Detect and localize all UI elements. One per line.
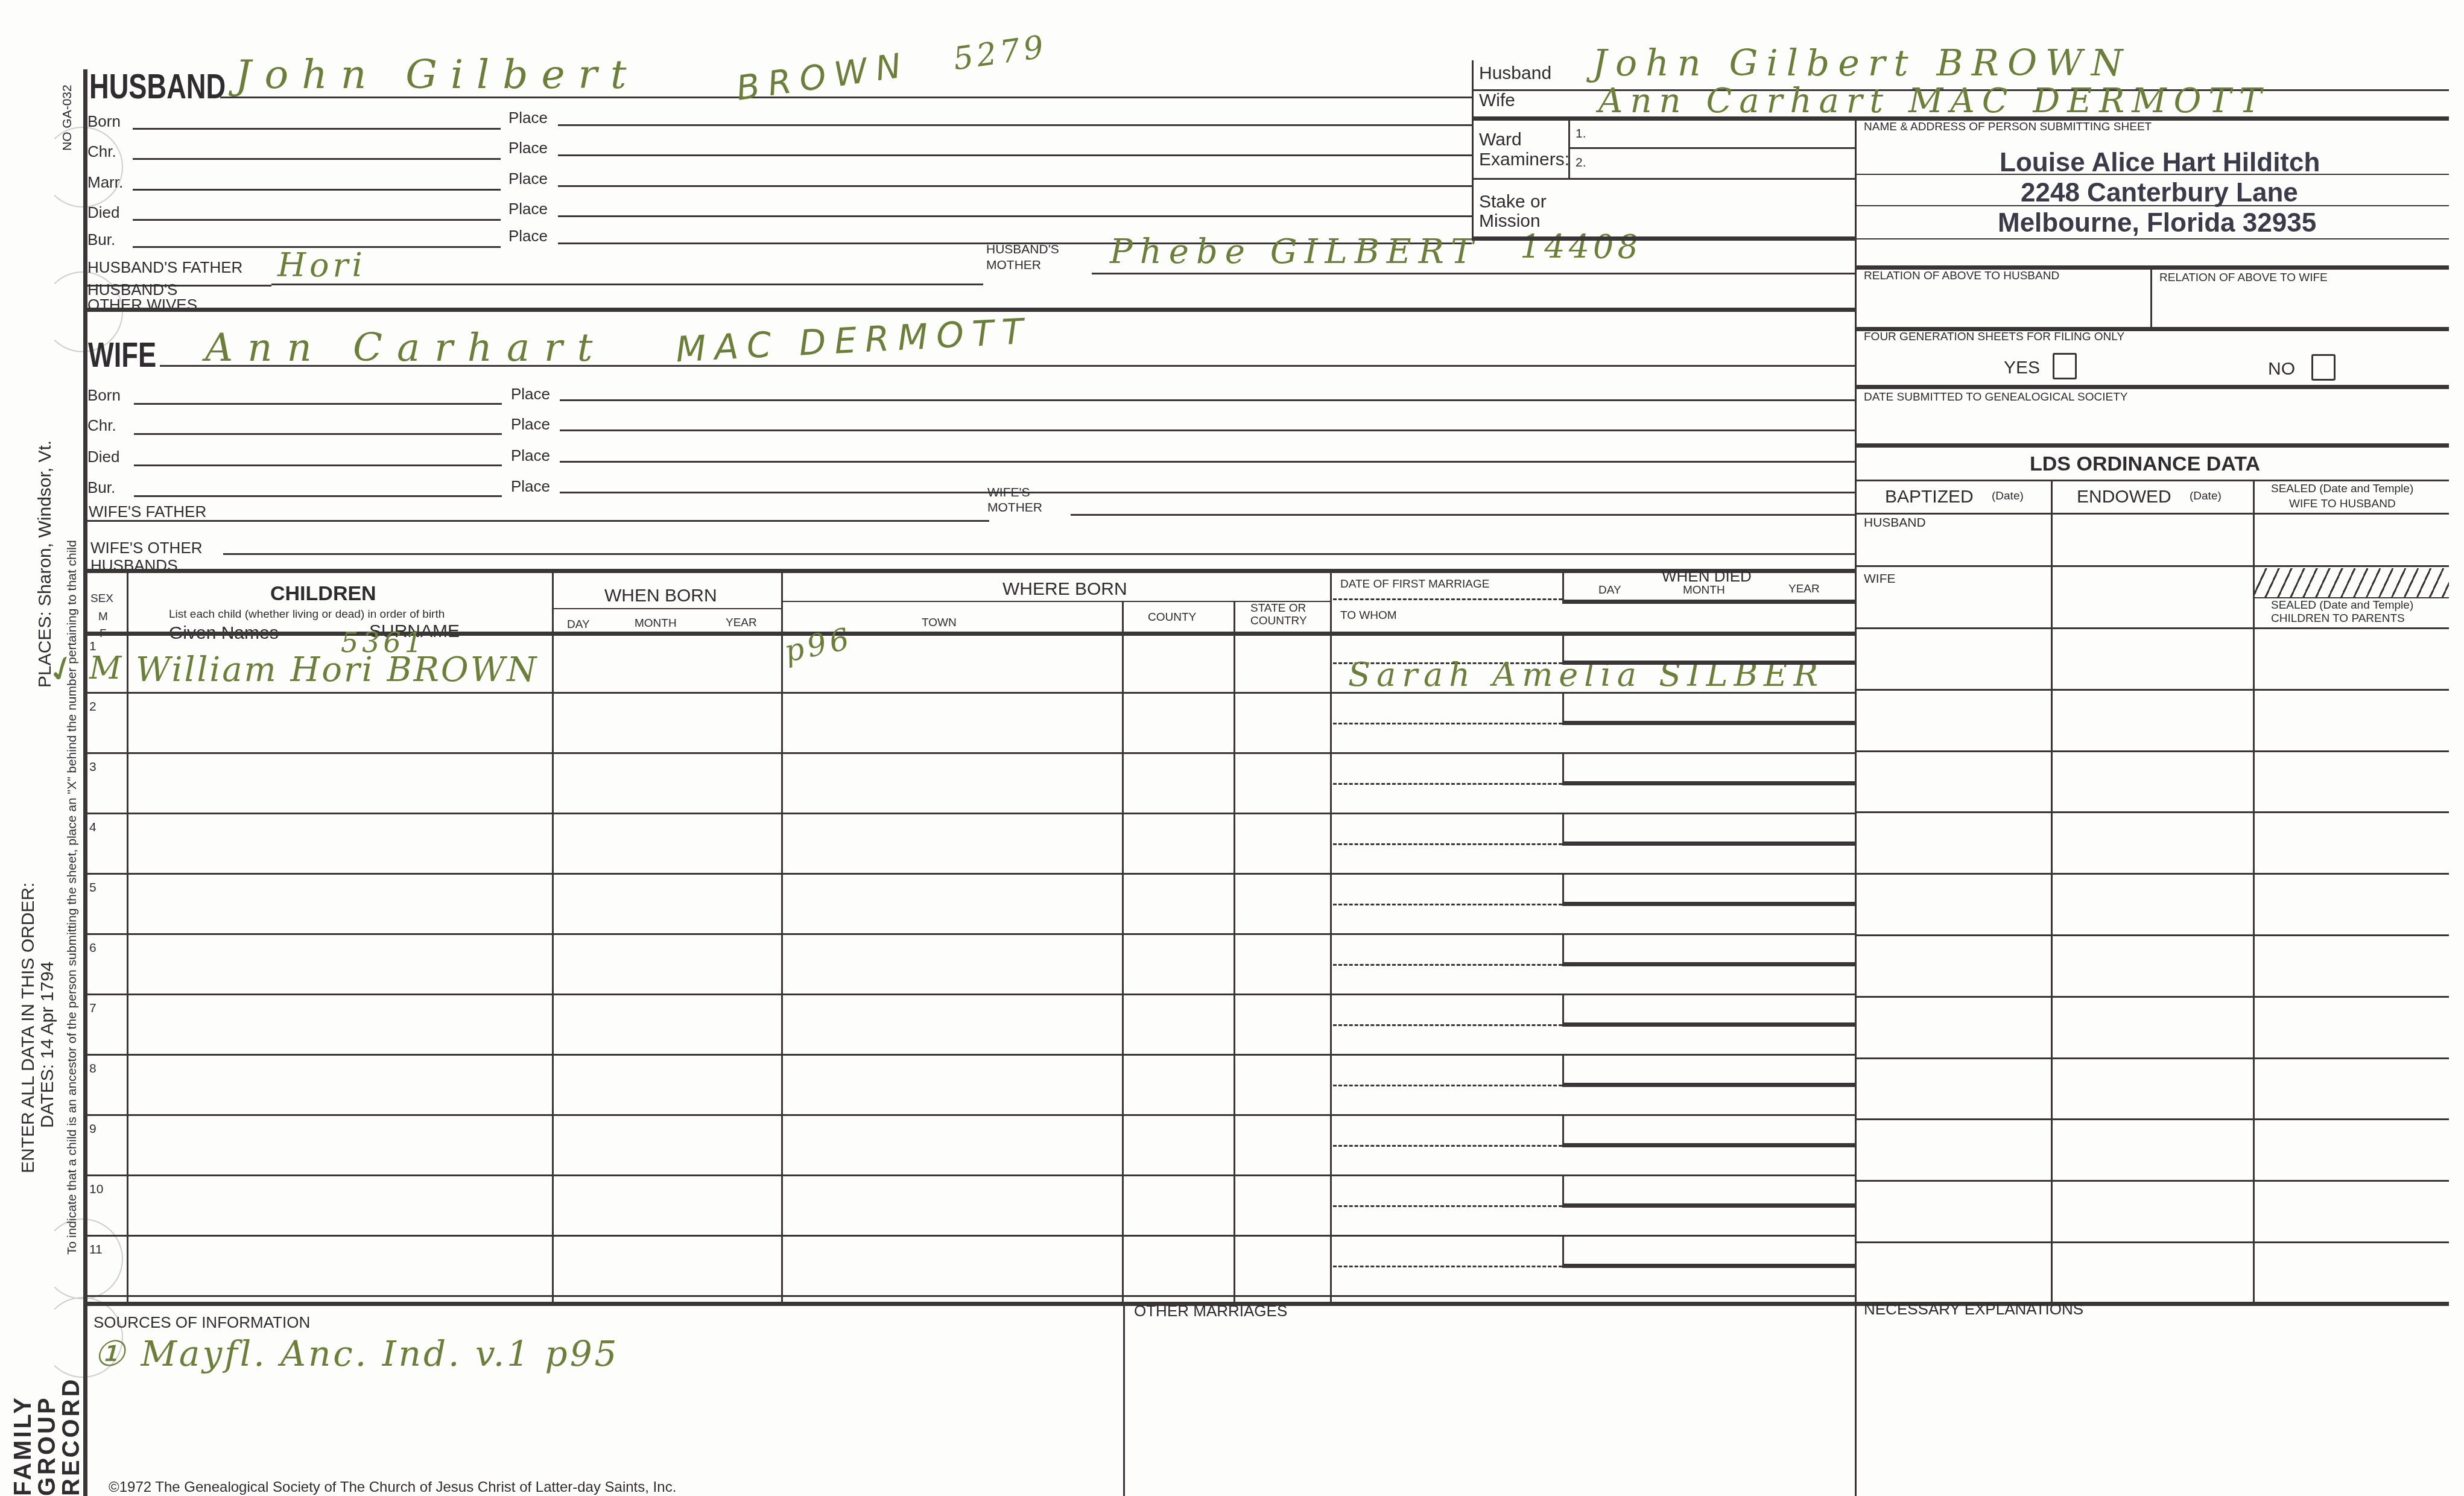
husband-mother-label-1: HUSBAND'S	[986, 242, 1059, 257]
child-endowed-field[interactable]	[2054, 1121, 2250, 1177]
child-died-date[interactable]	[1565, 816, 1852, 840]
child-died-date[interactable]	[1565, 635, 1852, 659]
child-sealed-field[interactable]	[2256, 753, 2446, 809]
child-died-date[interactable]	[1565, 695, 1852, 719]
wife-event-place-field[interactable]	[561, 468, 1852, 490]
born-year-label: YEAR	[726, 616, 757, 630]
child-endowed-field[interactable]	[2054, 692, 2250, 747]
child-county[interactable]	[1125, 817, 1230, 872]
examiner-2-number: 2.	[1576, 156, 1586, 170]
husband-father-value[interactable]: Hori	[277, 246, 366, 284]
child-baptized-field[interactable]	[1858, 1244, 2048, 1300]
child-county[interactable]	[1125, 756, 1230, 812]
col-sex	[127, 569, 128, 1302]
child-county[interactable]	[1125, 998, 1230, 1053]
when-died-header-bottom	[1562, 600, 1855, 604]
ordinance-title: LDS ORDINANCE DATA	[2030, 452, 2260, 476]
child-state[interactable]	[1237, 756, 1327, 812]
right-panel-left-border	[1855, 118, 1857, 1496]
wife-father-label: WIFE'S FATHER	[89, 502, 206, 521]
child-died-divider	[1562, 873, 1564, 904]
child-born-month[interactable]	[627, 756, 706, 812]
child-born-day[interactable]	[554, 756, 626, 812]
husband-event-place-label: Place	[508, 139, 548, 157]
husband-event-date-field[interactable]	[134, 104, 499, 127]
examiner-divider	[1568, 147, 1855, 149]
summary-box-left-border	[1472, 60, 1474, 238]
copyright: ©1972 The Genealogical Society of The Ch…	[109, 1479, 676, 1496]
sealed-wife-label-2: WIFE TO HUSBAND	[2289, 498, 2396, 511]
child-county[interactable]	[1125, 1239, 1230, 1295]
wife-event-place-field[interactable]	[561, 375, 1852, 398]
summary-husband-label: Husband	[1479, 63, 1551, 84]
child-born-year[interactable]	[707, 1179, 779, 1234]
child-born-month[interactable]	[627, 937, 706, 993]
no-label: NO	[2268, 359, 2295, 379]
child-born-year[interactable]	[707, 937, 779, 993]
child-born-month[interactable]	[627, 1179, 706, 1234]
child-born-year[interactable]	[707, 1239, 779, 1295]
child-sealed-field[interactable]	[2256, 876, 2446, 931]
date-submitted-bottom	[1855, 443, 2449, 448]
ward-label-1: Ward	[1479, 130, 1522, 150]
wife-event-place-field[interactable]	[561, 437, 1852, 460]
wife-event-date-line	[134, 403, 502, 405]
when-born-label: WHEN BORN	[604, 586, 717, 606]
child-born-month[interactable]	[627, 636, 706, 691]
child-born-month[interactable]	[627, 1239, 706, 1295]
child-died-line	[1562, 1083, 1855, 1087]
wife-event-label: Bur.	[87, 478, 115, 497]
ward-bottom-line	[1472, 178, 1855, 180]
child-row-number: 6	[89, 941, 97, 956]
child-row-number: 4	[89, 820, 97, 835]
husband-event-place-line	[558, 215, 1472, 217]
husband-event-place-label: Place	[508, 170, 548, 188]
ordinance-row-bottom	[1855, 1057, 2449, 1059]
child-endowed-field[interactable]	[2054, 630, 2250, 686]
no-checkbox[interactable]	[2311, 354, 2336, 381]
child-sealed-field[interactable]	[2256, 1183, 2446, 1238]
summary-husband-value[interactable]: John Gilbert BROWN	[1592, 42, 2131, 84]
child-baptized-field[interactable]	[1858, 753, 2048, 809]
child-row-number: 8	[89, 1062, 97, 1076]
other-marriages-field[interactable]	[1131, 1327, 1849, 1490]
child-marriage-dash	[1333, 1085, 1562, 1086]
relation-wife-field[interactable]	[2156, 287, 2446, 323]
col-where-born	[1330, 569, 1332, 1302]
submitter-street[interactable]: 2248 Canterbury Lane	[2021, 178, 2298, 208]
husband-event-date-field[interactable]	[134, 165, 499, 188]
child-died-date[interactable]	[1565, 755, 1852, 779]
child-state[interactable]	[1237, 877, 1327, 933]
child-row-number: 11	[89, 1243, 103, 1257]
child-endowed-field[interactable]	[2054, 1183, 2250, 1238]
child-row-bottom	[84, 1114, 1855, 1116]
child-baptized-field[interactable]	[1858, 1121, 2048, 1177]
submitter-rule-2	[1855, 205, 2449, 206]
child-died-divider	[1562, 934, 1564, 964]
form-side-title: FAMILY GROUP RECORD	[11, 1377, 83, 1496]
child-state[interactable]	[1237, 1239, 1327, 1295]
stake-field[interactable]	[1568, 184, 1852, 232]
wife-event-date-field[interactable]	[135, 409, 500, 432]
child-county[interactable]	[1125, 696, 1230, 752]
four-gen-bottom	[1855, 385, 2449, 389]
died-year-label: YEAR	[1788, 583, 1820, 596]
child-died-divider	[1562, 994, 1564, 1024]
child-endowed-field[interactable]	[2054, 814, 2250, 870]
child-died-date[interactable]	[1565, 1117, 1852, 1141]
wife-other-husbands-line	[223, 553, 1855, 555]
child-born-day[interactable]	[554, 1239, 626, 1295]
child-died-line	[1562, 1143, 1855, 1147]
ordinance-title-bottom	[1855, 480, 2449, 481]
husband-mother-line	[1092, 273, 1855, 274]
sources-label: SOURCES OF INFORMATION	[93, 1313, 310, 1332]
child-row-number: 9	[89, 1122, 97, 1136]
state-label-1: STATE OR	[1250, 602, 1306, 615]
child-sealed-field[interactable]	[2256, 937, 2446, 993]
state-label-2: COUNTRY	[1250, 615, 1307, 628]
punch-hole	[42, 1219, 123, 1299]
child-sealed-field[interactable]	[2256, 1121, 2446, 1177]
husband-event-label: Marr.	[87, 173, 123, 192]
ordinance-row-bottom	[1855, 873, 2449, 875]
husband-mother-label-2: MOTHER	[986, 258, 1041, 273]
child-born-month[interactable]	[627, 1118, 706, 1174]
ordinance-row-bottom	[1855, 1180, 2449, 1182]
children-note: List each child (whether living or dead)…	[169, 608, 445, 621]
born-month-label: MONTH	[635, 617, 677, 630]
husband-heading: HUSBAND	[89, 66, 226, 107]
sources-value[interactable]: ① Mayfl. Anc. Ind. v.1 p95	[93, 1333, 619, 1374]
child-baptized-field[interactable]	[1858, 814, 2048, 870]
born-day-label: DAY	[567, 618, 590, 632]
wife-event-place-label: Place	[511, 446, 550, 465]
child-state[interactable]	[1237, 696, 1327, 752]
child-county[interactable]	[1125, 1118, 1230, 1174]
wife-event-date-line	[134, 495, 502, 497]
yes-checkbox[interactable]	[2053, 353, 2077, 379]
wife-section-bottom	[84, 569, 1855, 573]
child-marriage-dash	[1333, 723, 1562, 724]
child-row-bottom	[84, 873, 1855, 875]
child-marriage-dash	[1333, 843, 1562, 845]
wife-surname[interactable]: MAC DERMOTT	[675, 311, 1033, 370]
husband-event-date-field[interactable]	[134, 195, 499, 218]
wife-event-place-line	[560, 429, 1855, 431]
wife-event-place-line	[560, 492, 1855, 493]
husband-event-place-line	[558, 154, 1472, 156]
child-born-day[interactable]	[554, 877, 626, 933]
child-endowed-field[interactable]	[2054, 999, 2250, 1054]
child-born-year[interactable]	[707, 756, 779, 812]
husband-event-place-field[interactable]	[561, 100, 1466, 123]
child-died-divider	[1562, 632, 1564, 662]
child-born-year[interactable]	[707, 1118, 779, 1174]
child-died-line	[1562, 842, 1855, 846]
husband-event-label: Died	[87, 203, 119, 222]
child-born-day[interactable]	[554, 636, 626, 691]
child-died-line	[1562, 902, 1855, 906]
child-born-year[interactable]	[707, 817, 779, 872]
child-state[interactable]	[1237, 1058, 1327, 1114]
sealed-children-label-1: SEALED (Date and Temple)	[2271, 599, 2413, 612]
sex-m-label: M	[98, 610, 108, 624]
child-state[interactable]	[1237, 937, 1327, 993]
child-endowed-field[interactable]	[2054, 1060, 2250, 1116]
col-when-born	[781, 569, 783, 1302]
child-sealed-field[interactable]	[2256, 1060, 2446, 1116]
col-town	[1122, 601, 1124, 1302]
child-died-divider	[1562, 1235, 1564, 1266]
wife-given-names[interactable]: Ann Carhart	[205, 326, 607, 370]
child-county[interactable]	[1125, 1058, 1230, 1114]
child-died-date[interactable]	[1565, 1057, 1852, 1081]
child-born-day[interactable]	[554, 937, 626, 993]
child-died-date[interactable]	[1565, 876, 1852, 900]
ordinance-row-bottom	[1855, 811, 2449, 813]
examiner-1-number: 1.	[1576, 127, 1586, 141]
ordinance-row-bottom	[1855, 1118, 2449, 1120]
child-born-day[interactable]	[554, 1058, 626, 1114]
child-state[interactable]	[1237, 817, 1327, 872]
when-born-sub-line	[552, 608, 781, 609]
child-died-date[interactable]	[1565, 1238, 1852, 1262]
explanations-field[interactable]	[1861, 1327, 2446, 1490]
wife-event-date-field[interactable]	[135, 471, 500, 494]
husband-event-date-field[interactable]	[134, 134, 499, 157]
child-endowed-field[interactable]	[2054, 937, 2250, 993]
child-row-bottom	[84, 933, 1855, 935]
husband-event-date-line	[133, 219, 501, 221]
summary-box-bottom	[1472, 236, 1855, 241]
child-died-divider	[1562, 753, 1564, 783]
child-sealed-field[interactable]	[2256, 814, 2446, 870]
form-number: NO GA-032	[60, 84, 75, 151]
husband-event-label: Bur.	[87, 230, 115, 249]
child-sealed-field[interactable]	[2256, 1244, 2446, 1300]
punch-hole	[42, 127, 123, 208]
wife-heading: WIFE	[88, 335, 156, 375]
hatch-bottom	[2253, 597, 2449, 598]
husband-event-place-label: Place	[508, 200, 548, 218]
child-born-year[interactable]	[707, 696, 779, 752]
child-baptized-field[interactable]	[1858, 1183, 2048, 1238]
stake-label-2: Mission	[1479, 211, 1541, 232]
child-endowed-field[interactable]	[2054, 1244, 2250, 1300]
wife-event-place-label: Place	[511, 477, 550, 496]
child-state[interactable]	[1237, 1118, 1327, 1174]
child-died-divider	[1562, 1175, 1564, 1205]
child-marriage-dash	[1333, 964, 1562, 966]
sex-label: SEX	[90, 592, 113, 606]
submitter-label: NAME & ADDRESS OF PERSON SUBMITTING SHEE…	[1864, 121, 2152, 134]
child-born-year[interactable]	[707, 1058, 779, 1114]
wife-event-date-field[interactable]	[135, 379, 500, 402]
husband-given-names[interactable]: John Gilbert	[235, 51, 640, 98]
husband-id-number: 5279	[951, 28, 1050, 77]
stake-label-1: Stake or	[1479, 192, 1547, 212]
relation-husband-field[interactable]	[1861, 287, 2144, 323]
husband-event-place-label: Place	[508, 109, 548, 127]
submitter-rule-3	[1855, 238, 2449, 239]
four-gen-label: FOUR GENERATION SHEETS FOR FILING ONLY	[1864, 331, 2124, 344]
child-born-month[interactable]	[627, 998, 706, 1053]
husband-event-date-field[interactable]	[134, 222, 499, 245]
wife-event-date-field[interactable]	[135, 440, 500, 463]
child-county[interactable]	[1125, 877, 1230, 933]
ordinance-header-bottom	[1855, 513, 2449, 515]
col-county	[1234, 601, 1235, 1302]
child-row-number: 7	[89, 1001, 97, 1016]
child-name[interactable]: William Hori BROWN	[136, 650, 538, 689]
child-baptized-field[interactable]	[1858, 876, 2048, 931]
child-baptized-field[interactable]	[1858, 692, 2048, 747]
husband-event-place-field[interactable]	[561, 130, 1466, 153]
child-baptized-field[interactable]	[1858, 630, 2048, 686]
submitter-city[interactable]: Melbourne, Florida 32935	[1998, 208, 2316, 238]
child-born-day[interactable]	[554, 1118, 626, 1174]
ordinance-row-bottom	[1855, 1241, 2449, 1243]
sealed-children-label-2: CHILDREN TO PARENTS	[2271, 612, 2405, 626]
child-died-date[interactable]	[1565, 997, 1852, 1021]
child-sealed-field[interactable]	[2256, 999, 2446, 1054]
child-endowed-field[interactable]	[2054, 876, 2250, 931]
summary-wife-label: Wife	[1479, 90, 1515, 111]
child-town[interactable]: p96	[781, 621, 855, 669]
child-id: 5361	[341, 626, 426, 659]
husband-event-place-line	[558, 124, 1472, 126]
wife-event-date-line	[134, 464, 502, 466]
child-born-month[interactable]	[627, 817, 706, 872]
ordinance-row-bottom	[1855, 750, 2449, 752]
husband-surname[interactable]: BROWN	[734, 45, 912, 109]
when-died-header-left	[1562, 569, 1564, 600]
husband-event-place-field[interactable]	[561, 191, 1466, 214]
husband-mother-id: 14408	[1520, 228, 1642, 266]
other-marriages-divider	[1123, 1302, 1125, 1496]
child-marriage-dash	[1333, 904, 1562, 905]
child-born-year[interactable]	[707, 636, 779, 691]
child-born-month[interactable]	[627, 696, 706, 752]
child-died-line	[1562, 962, 1855, 966]
child-county[interactable]	[1125, 1179, 1230, 1234]
child-marriage-dash	[1333, 1145, 1562, 1147]
child-state[interactable]	[1237, 636, 1327, 691]
child-county[interactable]	[1125, 937, 1230, 993]
yes-label: YES	[2004, 358, 2040, 378]
child-born-day[interactable]	[554, 1179, 626, 1234]
husband-event-label: Chr.	[87, 142, 116, 161]
child-born-day[interactable]	[554, 998, 626, 1053]
ordinance-husband-bottom	[1855, 565, 2449, 567]
child-row-number: 2	[89, 700, 97, 714]
ordinance-row-bottom	[1855, 689, 2449, 691]
child-baptized-field[interactable]	[1858, 999, 2048, 1054]
endowed-label: ENDOWED	[2077, 487, 2171, 507]
child-died-line	[1562, 661, 1855, 665]
child-row-bottom	[84, 1174, 1855, 1176]
wife-father-line	[84, 520, 989, 522]
child-died-divider	[1562, 693, 1564, 723]
child-born-month[interactable]	[627, 877, 706, 933]
died-month-label: MONTH	[1683, 584, 1725, 597]
where-born-label: WHERE BORN	[1002, 579, 1127, 600]
child-baptized-field[interactable]	[1858, 937, 2048, 993]
child-born-year[interactable]	[707, 877, 779, 933]
child-baptized-field[interactable]	[1858, 1060, 2048, 1116]
when-died-label: WHEN DIED	[1662, 567, 1752, 586]
form-left-border	[83, 69, 87, 1496]
child-died-line	[1562, 1203, 1855, 1208]
child-endowed-field[interactable]	[2054, 753, 2250, 809]
child-row-bottom	[84, 752, 1855, 754]
summary-wife-value[interactable]: Ann Carhart MAC DERMOTT	[1598, 81, 2269, 121]
relation-divider	[2150, 265, 2152, 329]
child-died-divider	[1562, 1115, 1564, 1145]
husband-event-place-field[interactable]	[561, 161, 1466, 184]
child-sealed-field[interactable]	[2256, 630, 2446, 686]
husband-event-date-line	[133, 158, 501, 160]
date-submitted-field[interactable]	[1861, 407, 2440, 440]
children-label: CHILDREN	[270, 582, 376, 606]
wife-event-place-field[interactable]	[561, 405, 1852, 428]
child-row-bottom	[84, 1235, 1855, 1237]
husband-event-label: Born	[87, 112, 121, 131]
child-state[interactable]	[1237, 998, 1327, 1053]
county-label: COUNTY	[1148, 611, 1196, 624]
ordinance-row-bottom	[1855, 996, 2449, 998]
endowed-date-note: (Date)	[2190, 490, 2222, 503]
wife-event-place-label: Place	[511, 415, 550, 434]
husband-mother-value[interactable]: Phebe GILBERT	[1110, 232, 1480, 271]
child-born-month[interactable]	[627, 1058, 706, 1114]
baptized-date-note: (Date)	[1992, 490, 2024, 503]
child-died-date[interactable]	[1565, 1177, 1852, 1202]
child-born-day[interactable]	[554, 696, 626, 752]
child-marriage-dash	[1333, 1205, 1562, 1207]
child-born-day[interactable]	[554, 817, 626, 872]
wife-mother-label-2: MOTHER	[987, 501, 1042, 515]
child-sex[interactable]: M	[89, 650, 125, 686]
where-born-sub-line	[781, 601, 1330, 602]
date-submitted-label: DATE SUBMITTED TO GENEALOGICAL SOCIETY	[1864, 391, 2127, 404]
child-born-year[interactable]	[707, 998, 779, 1053]
child-row-bottom	[84, 692, 1855, 694]
child-sealed-field[interactable]	[2256, 692, 2446, 747]
child-died-line	[1562, 721, 1855, 725]
child-state[interactable]	[1237, 1179, 1327, 1234]
to-whom-label: TO WHOM	[1340, 609, 1397, 623]
examiner-1-field[interactable]	[1592, 121, 1852, 145]
child-row-number: 10	[89, 1182, 103, 1197]
explanations-label: NECESSARY EXPLANATIONS	[1864, 1300, 2083, 1319]
wife-event-place-label: Place	[511, 385, 550, 404]
husband-event-place-label: Place	[508, 227, 548, 246]
wife-mother-line	[1071, 514, 1855, 516]
sealed-wife-hatched-cell	[2255, 568, 2449, 597]
died-day-label: DAY	[1598, 584, 1621, 597]
husband-event-place-line	[558, 185, 1472, 187]
child-died-date[interactable]	[1565, 936, 1852, 960]
ordinance-row-bottom	[1855, 934, 2449, 936]
examiner-2-field[interactable]	[1592, 150, 1852, 174]
child-county[interactable]	[1125, 636, 1230, 691]
sealed-wife-label-1: SEALED (Date and Temple)	[2271, 483, 2413, 496]
instructions-dates: DATES: 14 Apr 1794	[37, 962, 58, 1128]
